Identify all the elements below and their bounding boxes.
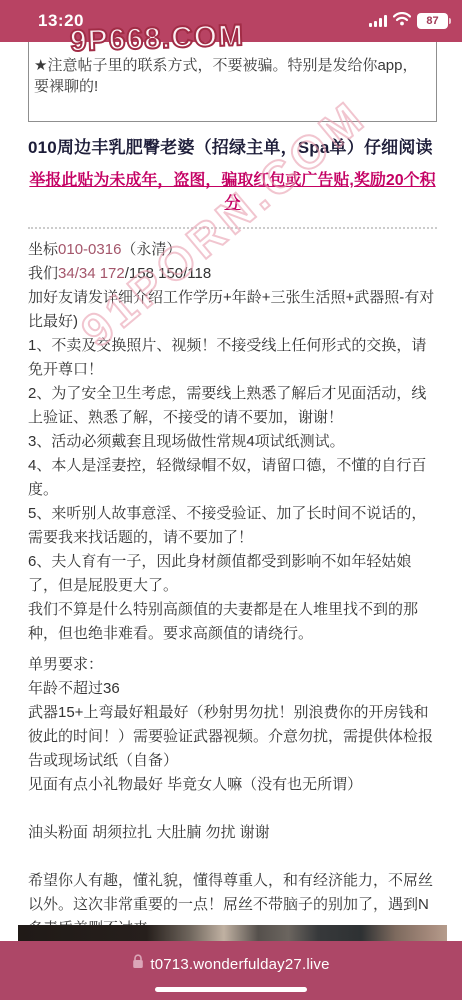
- post-paragraph: 坐标010-0316（永清）: [28, 238, 437, 262]
- battery-percent: 87: [426, 15, 438, 27]
- highlight-text: 010-0316: [58, 241, 121, 258]
- blank-line: [28, 845, 437, 869]
- paragraph-text: （永清）: [121, 241, 181, 258]
- post-paragraph: 年龄不超过36: [28, 677, 437, 701]
- page-content: ★注意帖子里的联系方式，不要被骗。特别是发给你app，要裸聊的! 010周边丰乳…: [0, 0, 462, 941]
- cellular-signal-icon: [369, 15, 387, 27]
- post-paragraph: 1、不卖及交换照片、视频！不接受线上任何形式的交换，请免开尊口！: [28, 334, 437, 382]
- post-body: 坐标010-0316（永清）我们34/34 172/158 150/118加好友…: [28, 238, 437, 941]
- paragraph-text: 油头粉面 胡须拉扎 大肚腩 勿扰 谢谢: [28, 824, 270, 841]
- blank-line: [28, 797, 437, 821]
- notice-box: ★注意帖子里的联系方式，不要被骗。特别是发给你app，要裸聊的!: [28, 42, 437, 122]
- address-bar[interactable]: t0713.wonderfulday27.live: [0, 953, 462, 975]
- paragraph-text: 1、不卖及交换照片、视频！不接受线上任何形式的交换，请免开尊口！: [28, 337, 426, 378]
- clock-time: 13:20: [38, 11, 84, 31]
- paragraph-text: 年龄不超过36: [28, 680, 120, 697]
- highlight-text: 34/34 172: [58, 265, 125, 282]
- post-paragraph: 5、来听别人故事意淫、不接受验证、加了长时间不说话的，需要我来找话题的，请不要加…: [28, 502, 437, 550]
- paragraph-text: 5、来听别人故事意淫、不接受验证、加了长时间不说话的，需要我来找话题的，请不要加…: [28, 505, 426, 546]
- status-bar: 13:20 87: [0, 0, 462, 42]
- paragraph-text: 2、为了安全卫生考虑，需要线上熟悉了解后才见面活动，线上验证、熟悉了解，不接受的…: [28, 385, 426, 426]
- post-paragraph: 2、为了安全卫生考虑，需要线上熟悉了解后才见面活动，线上验证、熟悉了解，不接受的…: [28, 382, 437, 430]
- post-paragraph: 我们34/34 172/158 150/118: [28, 262, 437, 286]
- url-text: t0713.wonderfulday27.live: [150, 956, 329, 973]
- paragraph-text: 6、夫人育有一子，因此身材颜值都受到影响不如年轻姑娘了，但是屁股更大了。: [28, 553, 411, 594]
- dashed-divider: [28, 227, 437, 229]
- post-paragraph: 见面有点小礼物最好 毕竟女人嘛（没有也无所谓）: [28, 773, 437, 797]
- post-paragraph: 油头粉面 胡须拉扎 大肚腩 勿扰 谢谢: [28, 821, 437, 845]
- post-title: 010周边丰乳肥臀老婆（招绿主单，Spa单）仔细阅读: [28, 133, 437, 158]
- home-indicator[interactable]: [155, 987, 307, 992]
- paragraph-text: /158 150/118: [125, 265, 211, 282]
- phone-screen: 13:20 87 9P668.COM 91PORN.COM ★注意帖子里的联系方…: [0, 0, 462, 1000]
- paragraph-text: 加好友请发详细介绍工作学历+年龄+三张生活照+武器照-有对比最好): [28, 289, 434, 330]
- post-paragraph: 武器15+上弯最好粗最好（秒射男勿扰！别浪费你的开房钱和彼此的时间！）需要验证武…: [28, 701, 437, 773]
- post-paragraph: 单男要求：: [28, 653, 437, 677]
- paragraph-text: 4、本人是淫妻控，轻微绿帽不奴，请留口德，不懂的自行百度。: [28, 457, 426, 498]
- paragraph-text: 坐标: [28, 241, 58, 258]
- paragraph-text: 我们: [28, 265, 58, 282]
- paragraph-text: 武器15+上弯最好粗最好（秒射男勿扰！别浪费你的开房钱和彼此的时间！）需要验证武…: [28, 704, 433, 769]
- post-paragraph: 3、活动必须戴套且现场做性常规4项试纸测试。: [28, 430, 437, 454]
- battery-nub: [449, 18, 451, 24]
- post-paragraph: 我们不算是什么特别高颜值的夫妻都是在人堆里找不到的那种，但也绝非难看。要求高颜值…: [28, 598, 437, 646]
- wifi-icon: [393, 12, 411, 31]
- post-paragraph: 6、夫人育有一子，因此身材颜值都受到影响不如年轻姑娘了，但是屁股更大了。: [28, 550, 437, 598]
- browser-bottom-bar: t0713.wonderfulday27.live: [0, 941, 462, 1000]
- report-link[interactable]: 举报此贴为未成年，盗图，骗取红包或广告贴,奖励20个积分: [28, 167, 437, 213]
- paragraph-text: 见面有点小礼物最好 毕竟女人嘛（没有也无所谓）: [28, 776, 362, 793]
- post-paragraph: 加好友请发详细介绍工作学历+年龄+三张生活照+武器照-有对比最好): [28, 286, 437, 334]
- notice-text: ★注意帖子里的联系方式，不要被骗。特别是发给你app，要裸聊的!: [34, 57, 417, 95]
- paragraph-text: 我们不算是什么特别高颜值的夫妻都是在人堆里找不到的那种，但也绝非难看。要求高颜值…: [28, 601, 418, 642]
- paragraph-text: 单男要求：: [28, 656, 103, 673]
- paragraph-text: 3、活动必须戴套且现场做性常规4项试纸测试。: [28, 433, 345, 450]
- post-paragraph: 4、本人是淫妻控，轻微绿帽不奴，请留口德，不懂的自行百度。: [28, 454, 437, 502]
- battery-icon: 87: [417, 13, 448, 29]
- status-icons: 87: [369, 0, 448, 42]
- padlock-icon: [132, 954, 144, 974]
